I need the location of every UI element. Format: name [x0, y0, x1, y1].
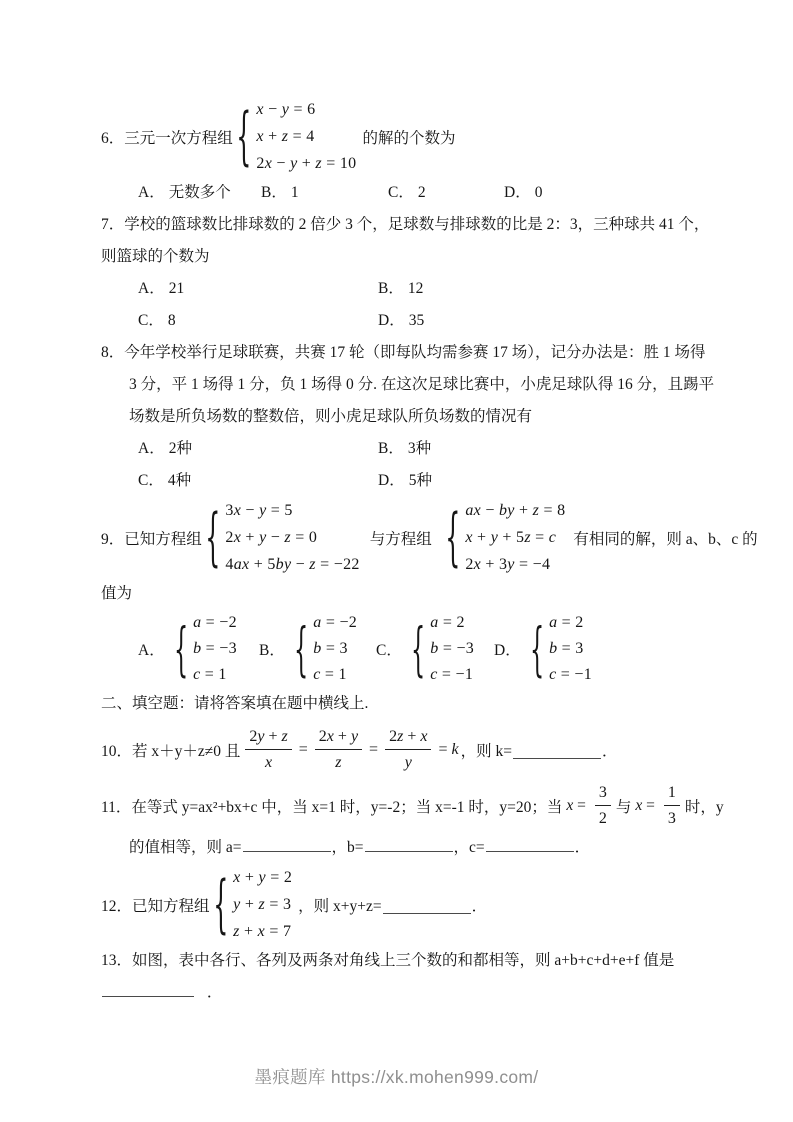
- equation-brace: {: [530, 618, 544, 679]
- answer-blank: [102, 979, 194, 997]
- equation-line: c = −1: [430, 662, 474, 688]
- q9-equation-system-2: { ax − by + z = 8 x + y + 5z = c 2x + 3y…: [442, 497, 566, 578]
- q9-options: A． { a = −2 b = −3 c = 1 B． { a = −2 b: [138, 610, 713, 688]
- q12-equation-system: { x + y = 2 y + z = 3 z + x = 7: [210, 864, 293, 945]
- question-10: 10．若 x＋y＋z≠0 且 2y + z x = 2x + y z = 2z …: [101, 720, 713, 779]
- equation-brace: {: [411, 618, 425, 679]
- q7-option-d: D．35: [378, 305, 713, 337]
- equation-line: y + z = 3: [233, 891, 292, 918]
- q6-options: A．无数多个 B．1 C．2 D．0: [138, 177, 713, 209]
- question-11-line2: 的值相等，则 a=，b=，c=．: [101, 832, 713, 864]
- q9-option-d: D． { a = 2 b = 3 c = −1: [494, 610, 713, 688]
- q6-stem: 6．三元一次方程组: [101, 126, 233, 148]
- period: ．: [207, 984, 223, 1001]
- equation-line: 2x + y − z = 0: [225, 524, 359, 551]
- question-7-line2: 则篮球的个数为: [101, 241, 713, 273]
- fraction: 2y + z x: [245, 725, 291, 774]
- q11-stem-tail: 时，y: [685, 795, 724, 817]
- q8-option-c: C．4种: [138, 465, 378, 497]
- q11-x-equals-2: x =: [635, 797, 655, 815]
- equation-line: 2x + 3y = −4: [465, 551, 565, 578]
- equation-line: b = −3: [430, 636, 474, 662]
- q8-option-d: D．5种: [378, 465, 713, 497]
- q6-option-c: C．2: [388, 177, 504, 209]
- q9-equation-system-1: { 3x − y = 5 2x + y − z = 0 4ax + 5by − …: [202, 497, 360, 578]
- equation-brace: {: [294, 618, 308, 679]
- section-2-header: 二、填空题：请将答案填在题中横线上.: [101, 688, 713, 720]
- q9-option-a: A． { a = −2 b = −3 c = 1: [138, 610, 259, 688]
- q6-stem-suffix: 的解的个数为: [362, 126, 455, 148]
- q10-k-equation: = k: [438, 741, 458, 759]
- equation-line: c = −1: [549, 662, 592, 688]
- equals-sign: =: [369, 741, 378, 759]
- question-8-line3: 场数是所负场数的整数倍，则小虎足球队所负场数的情况有: [101, 401, 713, 433]
- question-13-line1: 13．如图，表中各行、各列及两条对角线上三个数的和都相等，则 a+b+c+d+e…: [101, 945, 713, 977]
- q6-equation-system: { x − y = 6 x + z = 4 2x − y + z = 10: [233, 96, 357, 177]
- answer-blank: [383, 896, 471, 914]
- equation-line: c = 1: [193, 662, 237, 688]
- q7-option-a: A．21: [138, 273, 378, 305]
- equation-line: 2x − y + z = 10: [256, 150, 356, 177]
- question-12: 12．已知方程组 { x + y = 2 y + z = 3 z + x = 7…: [101, 864, 713, 945]
- answer-blank: [486, 834, 574, 852]
- question-7-line1: 7．学校的篮球数比排球数的 2 倍少 3 个，足球数与排球数的比是 2：3，三种…: [101, 209, 713, 241]
- q11-stem: 11．在等式 y=ax²+bx+c 中，当 x=1 时，y=-2；当 x=-1 …: [101, 795, 562, 817]
- equation-line: ax − by + z = 8: [465, 497, 565, 524]
- period: ．: [575, 839, 591, 856]
- equation-line: z + x = 7: [233, 918, 292, 945]
- equation-line: b = 3: [549, 636, 592, 662]
- equation-line: x − y = 6: [256, 96, 356, 123]
- fraction: 2z + x y: [385, 725, 431, 774]
- equation-line: x + y = 2: [233, 864, 292, 891]
- q11-stem-mid: 与: [616, 795, 632, 817]
- site-watermark-text: 墨痕题库 https://xk.mohen999.com/: [255, 1067, 539, 1087]
- q12-stem-suffix: ，则 x+y+z=: [298, 894, 381, 916]
- equation-line: b = 3: [313, 636, 357, 662]
- equation-brace: {: [174, 618, 188, 679]
- question-13-line2: ．: [101, 977, 713, 1009]
- equation-brace: {: [445, 506, 460, 569]
- period: ．: [472, 894, 488, 916]
- q7-option-b: B．12: [378, 273, 713, 305]
- question-6: 6．三元一次方程组 { x − y = 6 x + z = 4 2x − y +…: [101, 96, 713, 177]
- q9-stem: 9．已知方程组: [101, 527, 202, 549]
- period: ．: [602, 739, 618, 761]
- fraction: 3 2: [595, 781, 611, 830]
- q6-option-b: B．1: [261, 177, 388, 209]
- equation-line: a = −2: [193, 610, 237, 636]
- q8-option-a: A．2种: [138, 433, 378, 465]
- equation-line: x + y + 5z = c: [465, 524, 565, 551]
- q6-option-a: A．无数多个: [138, 177, 261, 209]
- equation-line: b = −3: [193, 636, 237, 662]
- q9-stem-suffix: 有相同的解，则 a、b、c 的: [573, 527, 757, 549]
- question-8-line2: 3 分，平 1 场得 1 分，负 1 场得 0 分. 在这次足球比赛中，小虎足球…: [101, 369, 713, 401]
- q8-option-b: B．3种: [378, 433, 713, 465]
- exam-page: 6．三元一次方程组 { x − y = 6 x + z = 4 2x − y +…: [0, 0, 793, 1122]
- q7-option-c: C．8: [138, 305, 378, 337]
- equation-line: 3x − y = 5: [225, 497, 359, 524]
- answer-blank: [243, 834, 331, 852]
- fraction: 2x + y z: [315, 725, 362, 774]
- q7-options: A．21 B．12 C．8 D．35: [138, 273, 713, 337]
- equation-line: a = 2: [549, 610, 592, 636]
- answer-blank: [513, 741, 601, 759]
- q9-stem-continuation: 值为: [101, 578, 713, 610]
- equation-brace: {: [236, 105, 251, 168]
- q6-option-d: D．0: [504, 177, 713, 209]
- equation-brace: {: [213, 873, 228, 936]
- equation-line: c = 1: [313, 662, 357, 688]
- question-11-line1: 11．在等式 y=ax²+bx+c 中，当 x=1 时，y=-2；当 x=-1 …: [101, 779, 713, 832]
- equation-line: x + z = 4: [256, 123, 356, 150]
- equation-brace: {: [205, 506, 220, 569]
- fraction: 1 3: [664, 781, 680, 830]
- q8-options: A．2种 B．3种 C．4种 D．5种: [138, 433, 713, 497]
- site-watermark: 墨痕题库 https://xk.mohen999.com/: [0, 1064, 793, 1089]
- q9-stem-mid: 与方程组: [370, 527, 432, 549]
- q10-stem: 10．若 x＋y＋z≠0 且: [101, 739, 240, 761]
- exam-content: 6．三元一次方程组 { x − y = 6 x + z = 4 2x − y +…: [0, 0, 793, 1009]
- equals-sign: =: [299, 741, 308, 759]
- equation-line: a = −2: [313, 610, 357, 636]
- equation-line: a = 2: [430, 610, 474, 636]
- question-9: 9．已知方程组 { 3x − y = 5 2x + y − z = 0 4ax …: [101, 497, 713, 578]
- q11-x-equals-1: x =: [566, 797, 586, 815]
- answer-blank: [365, 834, 453, 852]
- q9-option-b: B． { a = −2 b = 3 c = 1: [259, 610, 376, 688]
- question-8-line1: 8．今年学校举行足球联赛，共赛 17 轮（即每队均需参赛 17 场），记分办法是…: [101, 337, 713, 369]
- q10-stem-suffix: ，则 k=: [461, 739, 512, 761]
- equation-line: 4ax + 5by − z = −22: [225, 551, 359, 578]
- q9-option-c: C． { a = 2 b = −3 c = −1: [376, 610, 494, 688]
- q12-stem: 12．已知方程组: [101, 894, 210, 916]
